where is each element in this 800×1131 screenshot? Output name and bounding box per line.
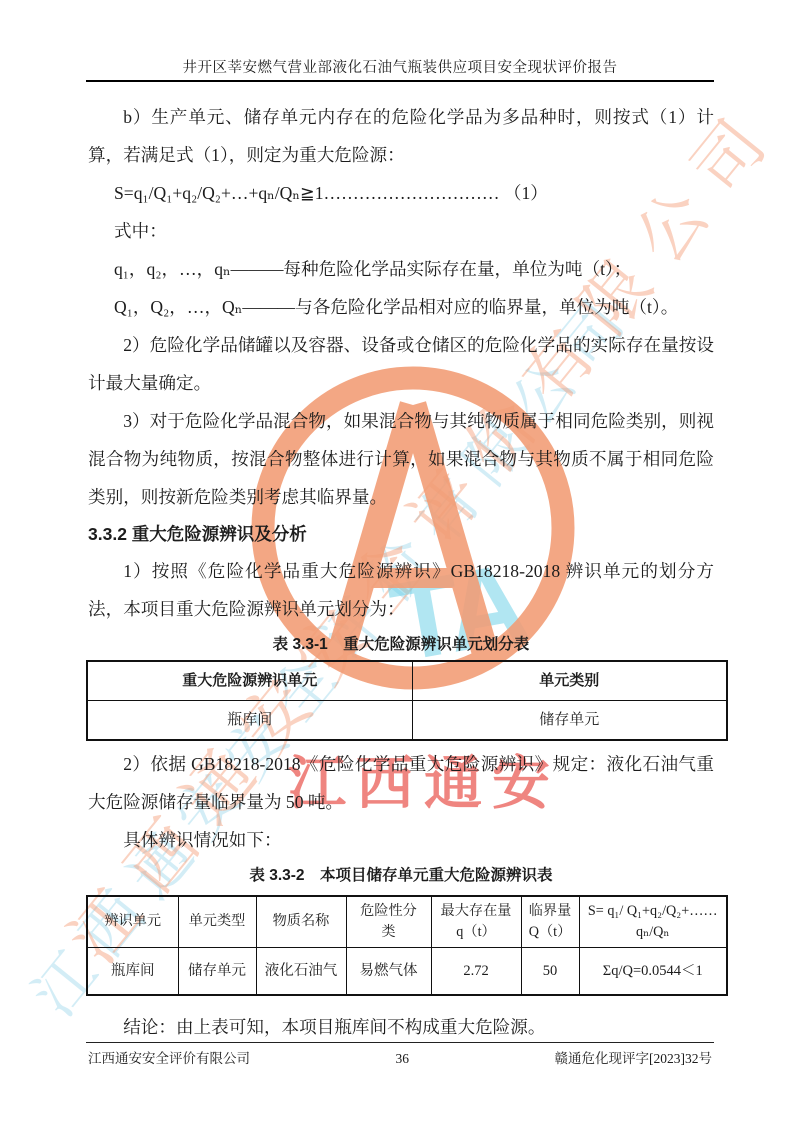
- table2-header-unit-type: 单元类型: [178, 896, 256, 948]
- conclusion-paragraph: 结论：由上表可知，本项目瓶库间不构成重大危险源。: [88, 1008, 714, 1046]
- paragraph-storage-amount: 2）危险化学品储罐以及容器、设备或仓储区的危险化学品的实际存在量按设计最大量确定…: [88, 326, 714, 402]
- table1-header-row: 重大危险源辨识单元 单元类别: [87, 661, 727, 701]
- paragraph-unit-division: 1）按照《危险化学品重大危险源辨识》GB18218-2018 辨识单元的划分方法…: [88, 552, 714, 628]
- footer-doc-number: 赣通危化现评字[2023]32号: [555, 1047, 713, 1067]
- table2-header-max-quantity: 最大存在量 q（t）: [431, 896, 521, 948]
- table2-header-threshold: 临界量 Q（t）: [521, 896, 579, 948]
- main-text-block: b）生产单元、储存单元内存在的危险化学品为多品种时，则按式（1）计算，若满足式（…: [88, 98, 714, 1046]
- table2-cell-unit-type: 储存单元: [178, 948, 256, 996]
- footer-company: 江西通安安全评价有限公司: [88, 1047, 250, 1067]
- table2-cell-hazard-class: 易燃气体: [346, 948, 431, 996]
- table2-header-formula: S= q₁/ Q₁+q₂/Q₂+…… qₙ/Qₙ: [579, 896, 727, 948]
- report-header-title: 井开区莘安燃气营业部液化石油气瓶装供应项目安全现状评价报告: [0, 56, 800, 77]
- paragraph-mixture: 3）对于危险化学品混合物，如果混合物与其纯物质属于相同危险类别，则视混合物为纯物…: [88, 402, 714, 516]
- header-rule: [86, 80, 714, 82]
- table-major-hazard-identification: 辨识单元 单元类型 物质名称 危险性分 类 最大存在量 q（t） 临界量 Q（t…: [86, 895, 728, 996]
- table2-cell-max-quantity: 2.72: [431, 948, 521, 996]
- table2-cell-substance: 液化石油气: [256, 948, 346, 996]
- page-footer: 江西通安安全评价有限公司 36 赣通危化现评字[2023]32号: [88, 1047, 712, 1067]
- paragraph-multi-species: b）生产单元、储存单元内存在的危险化学品为多品种时，则按式（1）计算，若满足式（…: [88, 98, 714, 174]
- table2-header-id-unit: 辨识单元: [87, 896, 178, 948]
- formula-explain-q: q₁，q₂，…，qₙ———每种危险化学品实际存在量，单位为吨（t）；: [88, 250, 714, 288]
- formula-intro: 式中：: [88, 212, 714, 250]
- page-number: 36: [396, 1051, 410, 1067]
- table2-data-row: 瓶库间 储存单元 液化石油气 易燃气体 2.72 50 Σq/Q=0.0544＜…: [87, 948, 727, 996]
- document-page: 江西通安安全评价有限公司 江西通安安全评价有限公司 TA 江西通安 井开区莘安燃…: [0, 0, 800, 1131]
- formula-explain-Q: Q₁，Q₂，…，Qₙ———与各危险化学品相对应的临界量，单位为吨（t）。: [88, 288, 714, 326]
- table2-cell-id-unit: 瓶库间: [87, 948, 178, 996]
- table1-header-unit: 重大危险源辨识单元: [87, 661, 412, 701]
- table2-cell-threshold: 50: [521, 948, 579, 996]
- table1-caption: 表 3.3-1 重大危险源辨识单元划分表: [88, 630, 714, 660]
- table1-data-row: 瓶库间 储存单元: [87, 701, 727, 741]
- footer-rule: [86, 1042, 714, 1043]
- table2-header-row: 辨识单元 单元类型 物质名称 危险性分 类 最大存在量 q（t） 临界量 Q（t…: [87, 896, 727, 948]
- table1-header-category: 单元类别: [412, 661, 727, 701]
- table1-cell-unit: 瓶库间: [87, 701, 412, 741]
- section-heading-3-3-2: 3.3.2 重大危险源辨识及分析: [88, 516, 714, 552]
- paragraph-detail-intro: 具体辨识情况如下：: [88, 821, 714, 859]
- table2-caption: 表 3.3-2 本项目储存单元重大危险源辨识表: [88, 861, 714, 891]
- table2-cell-result: Σq/Q=0.0544＜1: [579, 948, 727, 996]
- table-unit-division: 重大危险源辨识单元 单元类别 瓶库间 储存单元: [86, 660, 728, 741]
- paragraph-gb-rule: 2）依据 GB18218-2018《危险化学品重大危险源辨识》规定：液化石油气重…: [88, 745, 714, 821]
- table1-cell-category: 储存单元: [412, 701, 727, 741]
- table2-header-substance: 物质名称: [256, 896, 346, 948]
- table2-header-hazard-class: 危险性分 类: [346, 896, 431, 948]
- page-content: 井开区莘安燃气营业部液化石油气瓶装供应项目安全现状评价报告 b）生产单元、储存单…: [0, 0, 800, 1131]
- formula-line: S=q₁/Q₁+q₂/Q₂+…+qₙ/Qₙ≧1………………………… （1）: [88, 174, 714, 212]
